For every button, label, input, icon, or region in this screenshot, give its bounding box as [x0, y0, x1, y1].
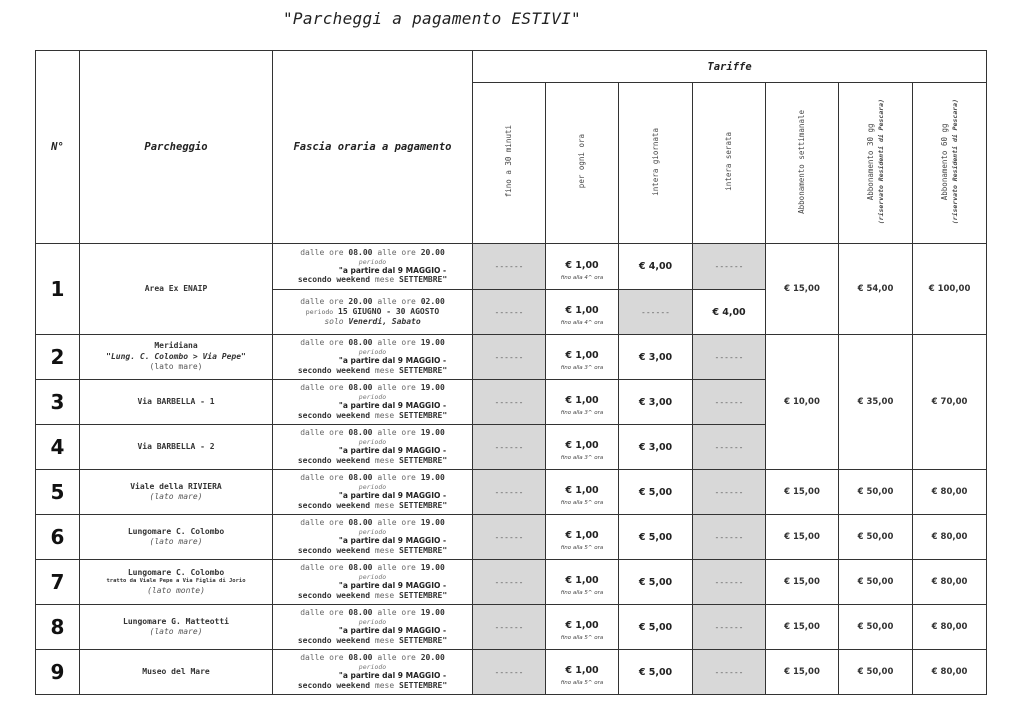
- cell-per-ora: € 1,00fino alla 5^ ora: [546, 560, 619, 605]
- parking-name: Via BARBELLA - 2: [80, 425, 273, 470]
- cell-per-ora: € 1,00fino alla 3^ ora: [546, 425, 619, 470]
- row-number: 5: [36, 470, 80, 515]
- cell-fino-30: ------: [473, 560, 546, 605]
- cell-abb-60: € 80,00: [913, 560, 987, 605]
- cell-giornata: ------: [619, 290, 693, 335]
- cell-fino-30: ------: [473, 380, 546, 425]
- cell-settimanale: € 15,00: [766, 244, 839, 335]
- time-slot: dalle ore 08.00 alle ore 19.00periodo"a …: [273, 380, 473, 425]
- cell-abb-30: € 50,00: [839, 560, 913, 605]
- cell-fino-30: ------: [473, 515, 546, 560]
- header-tariffe: Tariffe: [473, 51, 987, 83]
- header-tariff-label: intera giornata: [651, 128, 661, 196]
- time-slot: dalle ore 08.00 alle ore 19.00periodo"a …: [273, 470, 473, 515]
- cell-serata: ------: [693, 560, 766, 605]
- cell-settimanale: € 10,00: [766, 335, 839, 470]
- cell-settimanale: € 15,00: [766, 470, 839, 515]
- header-tariff-col: intera giornata: [619, 83, 693, 244]
- header-tariff-label: fino a 30 minuti: [504, 125, 514, 197]
- parking-name: Viale della RIVIERA(lato mare): [80, 470, 273, 515]
- cell-abb-60: € 80,00: [913, 515, 987, 560]
- cell-serata: ------: [693, 335, 766, 380]
- parking-name: Lungomare C. Colombo(lato mare): [80, 515, 273, 560]
- cell-giornata: € 3,00: [619, 380, 693, 425]
- table-row: 2 Meridiana"Lung. C. Colombo > Via Pepe"…: [36, 335, 987, 380]
- parking-name: Museo del Mare: [80, 650, 273, 695]
- cell-abb-30: € 50,00: [839, 605, 913, 650]
- cell-abb-60: € 100,00: [913, 244, 987, 335]
- cell-serata: ------: [693, 425, 766, 470]
- header-tariff-col: intera serata: [693, 83, 766, 244]
- cell-serata: ------: [693, 380, 766, 425]
- cell-settimanale: € 15,00: [766, 560, 839, 605]
- cell-fino-30: ------: [473, 650, 546, 695]
- cell-abb-60: € 80,00: [913, 650, 987, 695]
- time-slot: dalle ore 08.00 alle ore 19.00periodo"a …: [273, 515, 473, 560]
- header-tariff-label: Abbonamento 60 gg(riservato Residenti di…: [940, 99, 960, 224]
- header-tariff-col: fino a 30 minuti: [473, 83, 546, 244]
- row-number: 9: [36, 650, 80, 695]
- cell-giornata: € 5,00: [619, 605, 693, 650]
- row-number: 6: [36, 515, 80, 560]
- cell-per-ora: € 1,00fino alla 3^ ora: [546, 380, 619, 425]
- document-title: "Parcheggi a pagamento ESTIVI": [283, 9, 581, 28]
- header-tariff-label: Abbonamento settimanale: [797, 110, 807, 214]
- time-slot: dalle ore 08.00 alle ore 19.00periodo"a …: [273, 605, 473, 650]
- cell-abb-30: € 50,00: [839, 650, 913, 695]
- cell-fino-30: ------: [473, 244, 546, 290]
- cell-per-ora: € 1,00fino alla 5^ ora: [546, 650, 619, 695]
- cell-giornata: € 5,00: [619, 560, 693, 605]
- cell-abb-30: € 50,00: [839, 470, 913, 515]
- cell-serata: ------: [693, 244, 766, 290]
- header-tariff-label: Abbonamento 30 gg(riservato Residenti di…: [866, 99, 886, 224]
- cell-giornata: € 3,00: [619, 425, 693, 470]
- header-number: N°: [36, 51, 80, 244]
- cell-settimanale: € 15,00: [766, 650, 839, 695]
- time-slot: dalle ore 08.00 alle ore 19.00periodo"a …: [273, 335, 473, 380]
- cell-per-ora: € 1,00fino alla 4^ ora: [546, 244, 619, 290]
- table-row: 8 Lungomare G. Matteotti(lato mare) dall…: [36, 605, 987, 650]
- row-number: 1: [36, 244, 80, 335]
- parking-name: Via BARBELLA - 1: [80, 380, 273, 425]
- row-number: 3: [36, 380, 80, 425]
- header-tariff-label: per ogni ora: [577, 134, 587, 188]
- header-tariff-col: Abbonamento settimanale: [766, 83, 839, 244]
- header-fascia-oraria: Fascia oraria a pagamento: [273, 51, 473, 244]
- cell-per-ora: € 1,00fino alla 5^ ora: [546, 470, 619, 515]
- parking-name: Area Ex ENAIP: [80, 244, 273, 335]
- row-number: 2: [36, 335, 80, 380]
- cell-serata: ------: [693, 470, 766, 515]
- cell-abb-30: € 54,00: [839, 244, 913, 335]
- table-row: 5 Viale della RIVIERA(lato mare) dalle o…: [36, 470, 987, 515]
- parking-tariff-table: N° Parcheggio Fascia oraria a pagamento …: [35, 50, 987, 695]
- cell-giornata: € 5,00: [619, 470, 693, 515]
- cell-giornata: € 5,00: [619, 650, 693, 695]
- row-number: 4: [36, 425, 80, 470]
- parking-name: Lungomare C. Colombotratto da Viale Pepe…: [80, 560, 273, 605]
- cell-giornata: € 3,00: [619, 335, 693, 380]
- header-tariff-col: Abbonamento 60 gg(riservato Residenti di…: [913, 83, 987, 244]
- cell-serata: ------: [693, 605, 766, 650]
- table-row: 1 Area Ex ENAIP dalle ore 08.00 alle ore…: [36, 244, 987, 290]
- cell-abb-30: € 35,00: [839, 335, 913, 470]
- time-slot: dalle ore 08.00 alle ore 19.00periodo"a …: [273, 425, 473, 470]
- cell-abb-60: € 70,00: [913, 335, 987, 470]
- cell-per-ora: € 1,00fino alla 3^ ora: [546, 335, 619, 380]
- cell-per-ora: € 1,00fino alla 4^ ora: [546, 290, 619, 335]
- time-slot: dalle ore 20.00 alle ore 02.00periodo 15…: [273, 290, 473, 335]
- parking-name: Meridiana"Lung. C. Colombo > Via Pepe"(l…: [80, 335, 273, 380]
- table-row: 6 Lungomare C. Colombo(lato mare) dalle …: [36, 515, 987, 560]
- cell-per-ora: € 1,00fino alla 5^ ora: [546, 605, 619, 650]
- cell-abb-60: € 80,00: [913, 470, 987, 515]
- cell-settimanale: € 15,00: [766, 605, 839, 650]
- time-slot: dalle ore 08.00 alle ore 19.00periodo"a …: [273, 560, 473, 605]
- cell-giornata: € 5,00: [619, 515, 693, 560]
- table-row: 9 Museo del Mare dalle ore 08.00 alle or…: [36, 650, 987, 695]
- cell-fino-30: ------: [473, 605, 546, 650]
- cell-serata: € 4,00: [693, 290, 766, 335]
- cell-settimanale: € 15,00: [766, 515, 839, 560]
- table-row: 7 Lungomare C. Colombotratto da Viale Pe…: [36, 560, 987, 605]
- cell-fino-30: ------: [473, 425, 546, 470]
- cell-per-ora: € 1,00fino alla 5^ ora: [546, 515, 619, 560]
- time-slot: dalle ore 08.00 alle ore 20.00periodo"a …: [273, 244, 473, 290]
- cell-giornata: € 4,00: [619, 244, 693, 290]
- header-parcheggio: Parcheggio: [80, 51, 273, 244]
- parking-name: Lungomare G. Matteotti(lato mare): [80, 605, 273, 650]
- cell-abb-30: € 50,00: [839, 515, 913, 560]
- header-tariff-col: per ogni ora: [546, 83, 619, 244]
- cell-fino-30: ------: [473, 470, 546, 515]
- header-tariff-label: intera serata: [724, 132, 734, 191]
- header-tariff-col: Abbonamento 30 gg(riservato Residenti di…: [839, 83, 913, 244]
- cell-serata: ------: [693, 650, 766, 695]
- cell-serata: ------: [693, 515, 766, 560]
- time-slot: dalle ore 08.00 alle ore 20.00periodo"a …: [273, 650, 473, 695]
- row-number: 8: [36, 605, 80, 650]
- row-number: 7: [36, 560, 80, 605]
- cell-fino-30: ------: [473, 335, 546, 380]
- cell-abb-60: € 80,00: [913, 605, 987, 650]
- cell-fino-30: ------: [473, 290, 546, 335]
